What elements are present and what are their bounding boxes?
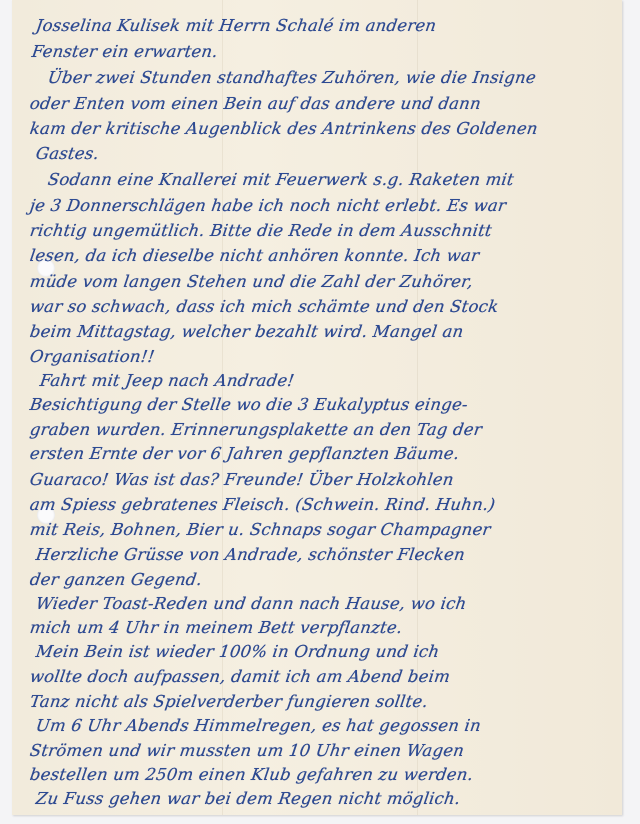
- letter-page: Josselina Kulisek mit Herrn Schalé im an…: [12, 0, 622, 815]
- handwritten-line: Zu Fuss gehen war bei dem Regen nicht mö…: [35, 789, 462, 808]
- handwritten-line: Über zwei Stunden standhaftes Zuhören, w…: [47, 68, 538, 87]
- handwritten-line: kam der kritische Augenblick des Antrink…: [29, 119, 539, 138]
- handwritten-line: lesen, da ich dieselbe nicht anhören kon…: [29, 246, 481, 265]
- handwritten-line: Strömen und wir mussten um 10 Uhr einen …: [29, 741, 466, 760]
- handwritten-line: Gastes.: [35, 144, 101, 163]
- handwritten-line: Josselina Kulisek mit Herrn Schalé im an…: [35, 16, 438, 35]
- handwritten-line: je 3 Donnerschlägen habe ich noch nicht …: [29, 196, 508, 215]
- handwritten-line: bestellen um 250m einen Klub gefahren zu…: [29, 765, 475, 784]
- handwritten-line: Fenster ein erwarten.: [31, 42, 219, 61]
- handwritten-line: Herzliche Grüsse von Andrade, schönster …: [35, 545, 467, 564]
- handwritten-line: Fahrt mit Jeep nach Andrade!: [39, 371, 296, 390]
- handwritten-line: Tanz nicht als Spielverderber fungieren …: [29, 692, 430, 711]
- handwritten-line: mich um 4 Uhr in meinem Bett verpflanzte…: [29, 618, 404, 637]
- handwritten-line: Guaraco! Was ist das? Freunde! Über Holz…: [29, 470, 455, 489]
- handwritten-line: Besichtigung der Stelle wo die 3 Eukalyp…: [29, 395, 470, 414]
- handwritten-line: beim Mittagstag, welcher bezahlt wird. M…: [29, 322, 465, 341]
- handwritten-line: oder Enten vom einen Bein auf das andere…: [29, 94, 483, 113]
- handwritten-line: Mein Bein ist wieder 100% in Ordnung und…: [35, 642, 441, 661]
- handwritten-line: Wieder Toast-Reden und dann nach Hause, …: [35, 594, 468, 613]
- handwritten-line: Organisation!!: [29, 347, 156, 366]
- handwritten-line: ersten Ernte der vor 6 Jahren gepflanzte…: [29, 444, 461, 463]
- handwritten-line: Sodann eine Knallerei mit Feuerwerk s.g.…: [47, 170, 516, 189]
- handwritten-line: richtig ungemütlich. Bitte die Rede in d…: [29, 221, 494, 240]
- handwritten-line: graben wurden. Erinnerungsplakette an de…: [29, 420, 484, 439]
- handwritten-line: Um 6 Uhr Abends Himmelregen, es hat gego…: [35, 716, 483, 735]
- handwritten-line: mit Reis, Bohnen, Bier u. Schnaps sogar …: [29, 520, 492, 539]
- handwritten-line: müde vom langen Stehen und die Zahl der …: [29, 272, 475, 291]
- handwritten-line: wollte doch aufpassen, damit ich am Aben…: [29, 667, 452, 686]
- handwritten-line: am Spiess gebratenes Fleisch. (Schwein. …: [29, 495, 497, 514]
- handwritten-line: war so schwach, dass ich mich schämte un…: [29, 297, 500, 316]
- handwritten-line: der ganzen Gegend.: [29, 570, 204, 589]
